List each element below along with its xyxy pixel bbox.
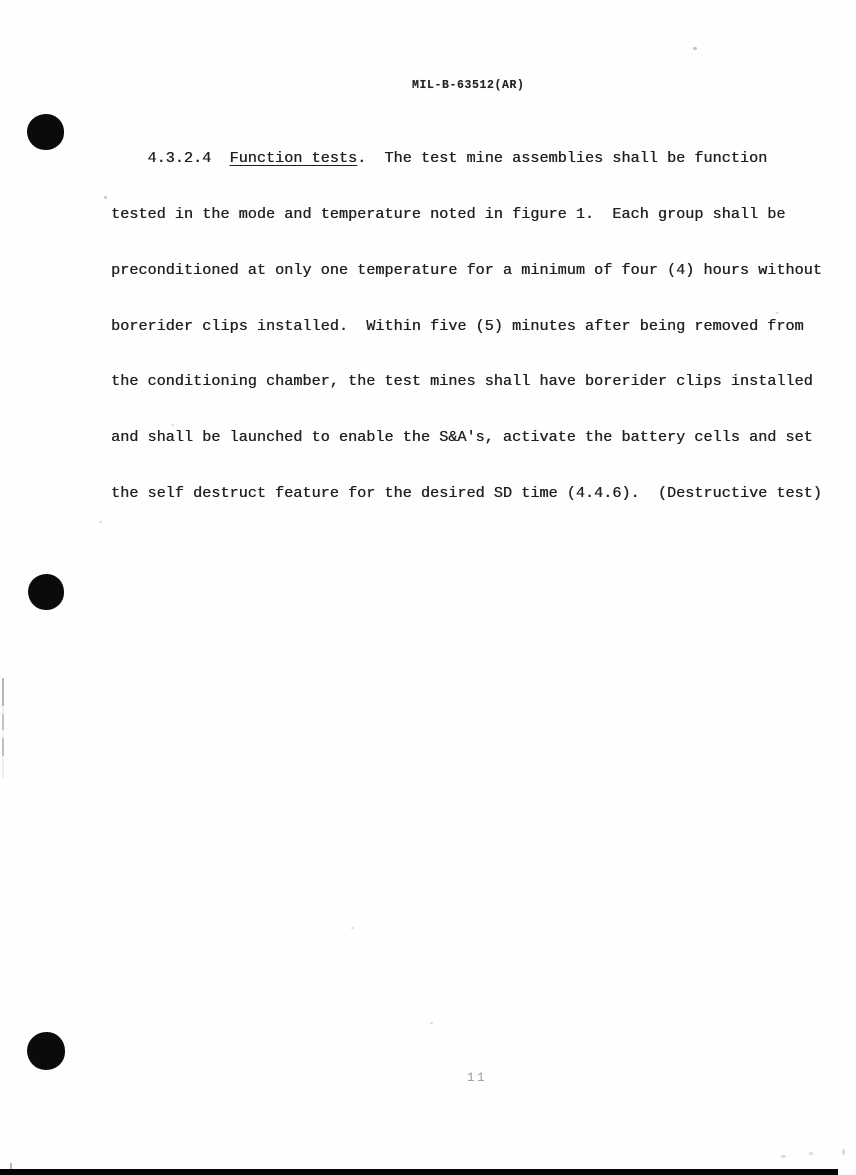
scan-speck <box>171 424 174 426</box>
scan-speck <box>842 1149 845 1155</box>
paragraph-line-rest: . The test mine assemblies shall be func… <box>357 149 767 167</box>
scan-speck <box>693 47 697 50</box>
paragraph-line: 4.3.2.4 Function tests. The test mine as… <box>111 149 843 168</box>
hole-punch-middle <box>28 574 64 610</box>
paragraph-line: tested in the mode and temperature noted… <box>111 205 843 224</box>
scan-edge-bottom-bar <box>0 1169 838 1175</box>
hole-punch-top <box>27 114 64 150</box>
scanned-document-page: MIL-B-63512(AR) 4.3.2.4 Function tests. … <box>0 0 856 1175</box>
scan-speck <box>781 1155 786 1158</box>
page-number: 11 <box>467 1071 487 1085</box>
section-title-underlined: Function tests <box>229 149 357 167</box>
paragraph-function-tests: 4.3.2.4 Function tests. The test mine as… <box>111 112 843 540</box>
paragraph-line: the self destruct feature for the desire… <box>111 484 843 503</box>
scan-speck <box>776 312 779 314</box>
scan-speck <box>430 1022 433 1024</box>
scan-speck <box>99 521 102 523</box>
document-id-header: MIL-B-63512(AR) <box>412 79 525 92</box>
paragraph-line: borerider clips installed. Within five (… <box>111 317 843 336</box>
paragraph-line: preconditioned at only one temperature f… <box>111 261 843 280</box>
scan-artifact-left-edge-line <box>2 678 4 778</box>
hole-punch-bottom <box>27 1032 65 1070</box>
paragraph-line: and shall be launched to enable the S&A'… <box>111 428 843 447</box>
paragraph-line: the conditioning chamber, the test mines… <box>111 372 843 391</box>
scan-speck <box>809 1152 813 1155</box>
scan-speck <box>607 326 610 328</box>
section-number: 4.3.2.4 <box>111 149 229 167</box>
scan-speck <box>104 196 107 199</box>
scan-speck <box>351 927 354 929</box>
